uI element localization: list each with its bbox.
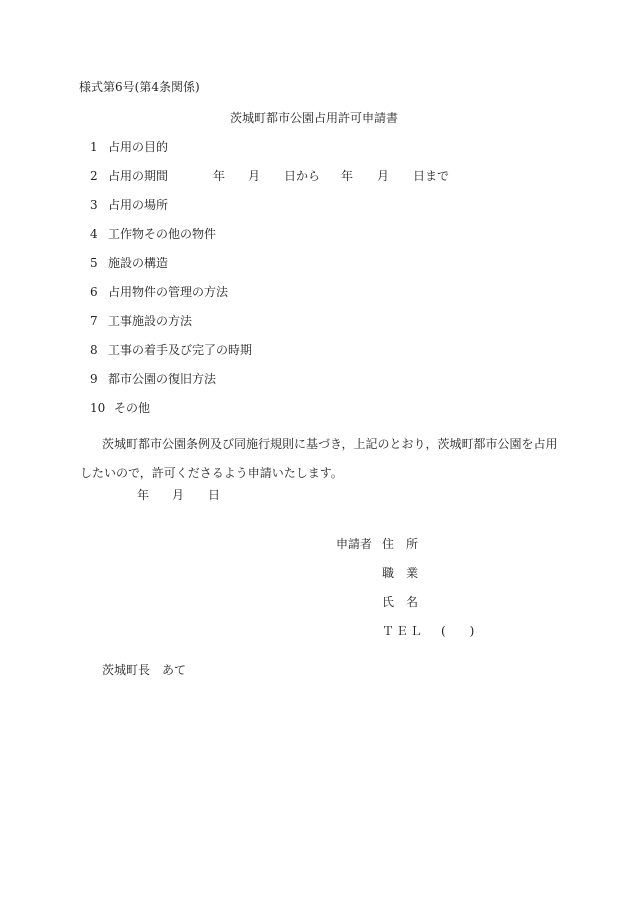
- item-label: 都市公園の復旧方法: [108, 372, 216, 386]
- tel-parens: ( ): [441, 624, 474, 638]
- item-facility-structure: 5施設の構造: [90, 256, 168, 270]
- item-number: 1: [90, 140, 108, 154]
- item-label: 施設の構造: [108, 256, 168, 270]
- item-number: 3: [90, 198, 108, 212]
- date-year: 年: [137, 488, 149, 502]
- date-day: 日: [208, 488, 220, 502]
- period-to-day: 日まで: [413, 169, 449, 183]
- item-construction-method: 7工事施設の方法: [90, 314, 192, 328]
- item-management-method: 6占用物件の管理の方法: [90, 285, 228, 299]
- item-period: 2占用の期間: [90, 169, 168, 183]
- addressee: 茨城町長 あて: [102, 663, 186, 677]
- item-label: 占用の場所: [108, 198, 168, 212]
- item-number: 5: [90, 256, 108, 270]
- document-title: 茨城町都市公園占用許可申請書: [230, 111, 398, 125]
- item-structures: 4工作物その他の物件: [90, 227, 216, 241]
- item-number: 6: [90, 285, 108, 299]
- item-label: 占用物件の管理の方法: [108, 285, 228, 299]
- period-to-month: 月: [377, 169, 389, 183]
- item-location: 3占用の場所: [90, 198, 168, 212]
- item-label: その他: [114, 401, 150, 415]
- item-label: 占用の期間: [108, 169, 168, 183]
- item-purpose: 1占用の目的: [90, 140, 168, 154]
- occupation-label: 職 業: [382, 566, 418, 580]
- item-number: 4: [90, 227, 108, 241]
- item-construction-timing: 8工事の着手及び完了の時期: [90, 343, 252, 357]
- tel-label: ＴＥＬ: [382, 624, 424, 638]
- name-label: 氏 名: [382, 595, 418, 609]
- period-to-year: 年: [341, 169, 353, 183]
- period-from-day: 日から: [284, 169, 320, 183]
- applicant-label: 申請者: [336, 537, 372, 551]
- item-number: 10: [90, 401, 114, 415]
- date-month: 月: [172, 488, 184, 502]
- item-restoration-method: 9都市公園の復旧方法: [90, 372, 216, 386]
- item-other: 10その他: [90, 401, 150, 415]
- item-number: 9: [90, 372, 108, 386]
- item-number: 8: [90, 343, 108, 357]
- form-number: 様式第6号(第4条関係): [79, 80, 200, 94]
- item-number: 2: [90, 169, 108, 183]
- period-from-month: 月: [248, 169, 260, 183]
- period-from-year: 年: [213, 169, 225, 183]
- item-label: 占用の目的: [108, 140, 168, 154]
- item-label: 工作物その他の物件: [108, 227, 216, 241]
- item-label: 工事の着手及び完了の時期: [108, 343, 252, 357]
- address-label: 住 所: [382, 537, 418, 551]
- item-number: 7: [90, 314, 108, 328]
- application-statement: 茨城町都市公園条例及び同施行規則に基づき，上記のとおり，茨城町都市公園を占用した…: [80, 430, 560, 488]
- item-label: 工事施設の方法: [108, 314, 192, 328]
